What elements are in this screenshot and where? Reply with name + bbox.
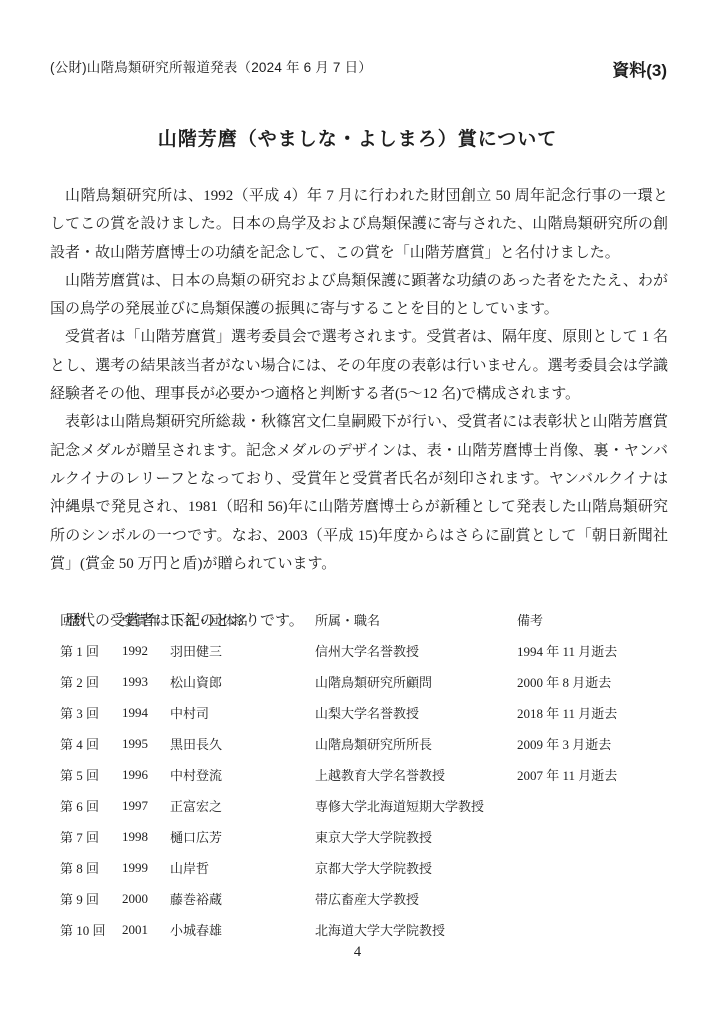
table-row: 第 6 回 1997 正富宏之 専修大学北海道短期大学教授	[60, 790, 667, 821]
table-row: 第 7 回 1998 樋口広芳 東京大学大学院教授	[60, 821, 667, 852]
cell-year: 1999	[122, 860, 170, 876]
table-row: 第 10 回 2001 小城春雄 北海道大学大学院教授	[60, 914, 667, 945]
cell-name: 山岸哲	[170, 858, 315, 877]
column-header-round: 回数	[60, 610, 122, 629]
cell-round: 第 5 回	[60, 765, 122, 784]
table-row: 第 1 回 1992 羽田健三 信州大学名誉教授 1994 年 11 月逝去	[60, 635, 667, 666]
cell-name: 樋口広芳	[170, 827, 315, 846]
column-header-name: 氏名・団体名	[170, 610, 315, 629]
table-row: 第 3 回 1994 中村司 山梨大学名誉教授 2018 年 11 月逝去	[60, 697, 667, 728]
cell-affiliation: 山梨大学名誉教授	[315, 703, 517, 722]
cell-name: 羽田健三	[170, 641, 315, 660]
press-release-source: (公財)山階鳥類研究所報道発表（2024 年 6 月 7 日）	[50, 56, 372, 76]
cell-name: 小城春雄	[170, 920, 315, 939]
cell-year: 1994	[122, 705, 170, 721]
cell-round: 第 7 回	[60, 827, 122, 846]
table-row: 第 5 回 1996 中村登流 上越教育大学名誉教授 2007 年 11 月逝去	[60, 759, 667, 790]
cell-year: 1995	[122, 736, 170, 752]
document-reference-label: 資料(3)	[612, 56, 667, 81]
column-header-note: 備考	[517, 610, 667, 629]
paragraph-history: 山階鳥類研究所は、1992（平成 4）年 7 月に行われた財団創立 50 周年記…	[50, 182, 668, 267]
cell-name: 藤巻裕蔵	[170, 889, 315, 908]
cell-year: 2000	[122, 891, 170, 907]
cell-name: 中村司	[170, 703, 315, 722]
cell-affiliation: 北海道大学大学院教授	[315, 920, 517, 939]
cell-round: 第 9 回	[60, 889, 122, 908]
column-header-affiliation: 所属・職名	[315, 610, 517, 629]
cell-note: 2007 年 11 月逝去	[517, 765, 667, 784]
cell-affiliation: 帯広畜産大学教授	[315, 889, 517, 908]
cell-affiliation: 信州大学名誉教授	[315, 641, 517, 660]
cell-year: 1992	[122, 643, 170, 659]
document-header: (公財)山階鳥類研究所報道発表（2024 年 6 月 7 日） 資料(3)	[50, 56, 667, 81]
cell-note: 2009 年 3 月逝去	[517, 734, 667, 753]
cell-name: 正富宏之	[170, 796, 315, 815]
cell-round: 第 8 回	[60, 858, 122, 877]
cell-year: 1993	[122, 674, 170, 690]
cell-affiliation: 上越教育大学名誉教授	[315, 765, 517, 784]
cell-round: 第 2 回	[60, 672, 122, 691]
cell-round: 第 1 回	[60, 641, 122, 660]
cell-name: 松山資郎	[170, 672, 315, 691]
table-row: 第 2 回 1993 松山資郎 山階鳥類研究所顧問 2000 年 8 月逝去	[60, 666, 667, 697]
cell-affiliation: 京都大学大学院教授	[315, 858, 517, 877]
cell-affiliation: 東京大学大学院教授	[315, 827, 517, 846]
cell-affiliation: 専修大学北海道短期大学教授	[315, 796, 517, 815]
cell-affiliation: 山階鳥類研究所所長	[315, 734, 517, 753]
page-title: 山階芳麿（やましな・よしまろ）賞について	[0, 124, 715, 151]
cell-round: 第 3 回	[60, 703, 122, 722]
cell-name: 中村登流	[170, 765, 315, 784]
cell-note: 2018 年 11 月逝去	[517, 703, 667, 722]
cell-name: 黒田長久	[170, 734, 315, 753]
page-number: 4	[0, 944, 715, 961]
cell-year: 1998	[122, 829, 170, 845]
cell-round: 第 10 回	[60, 920, 122, 939]
cell-round: 第 6 回	[60, 796, 122, 815]
paragraph-selection: 受賞者は「山階芳麿賞」選考委員会で選考されます。受賞者は、隔年度、原則として 1…	[50, 323, 668, 408]
document-page: (公財)山階鳥類研究所報道発表（2024 年 6 月 7 日） 資料(3) 山階…	[0, 0, 715, 1024]
cell-year: 1996	[122, 767, 170, 783]
table-row: 第 8 回 1999 山岸哲 京都大学大学院教授	[60, 852, 667, 883]
cell-year: 2001	[122, 922, 170, 938]
table-row: 第 9 回 2000 藤巻裕蔵 帯広畜産大学教授	[60, 883, 667, 914]
paragraph-purpose: 山階芳麿賞は、日本の鳥類の研究および鳥類保護に顕著な功績のあった者をたたえ、わが…	[50, 267, 668, 324]
table-row: 第 4 回 1995 黒田長久 山階鳥類研究所所長 2009 年 3 月逝去	[60, 728, 667, 759]
cell-year: 1997	[122, 798, 170, 814]
column-header-year: 受賞年	[122, 610, 170, 629]
cell-note: 2000 年 8 月逝去	[517, 672, 667, 691]
cell-note: 1994 年 11 月逝去	[517, 641, 667, 660]
awards-table: 回数 受賞年 氏名・団体名 所属・職名 備考 第 1 回 1992 羽田健三 信…	[60, 604, 667, 945]
paragraph-ceremony: 表彰は山階鳥類研究所総裁・秋篠宮文仁皇嗣殿下が行い、受賞者には表彰状と山階芳麿賞…	[50, 408, 668, 578]
table-header-row: 回数 受賞年 氏名・団体名 所属・職名 備考	[60, 604, 667, 635]
body-text: 山階鳥類研究所は、1992（平成 4）年 7 月に行われた財団創立 50 周年記…	[50, 182, 668, 635]
cell-affiliation: 山階鳥類研究所顧問	[315, 672, 517, 691]
cell-round: 第 4 回	[60, 734, 122, 753]
